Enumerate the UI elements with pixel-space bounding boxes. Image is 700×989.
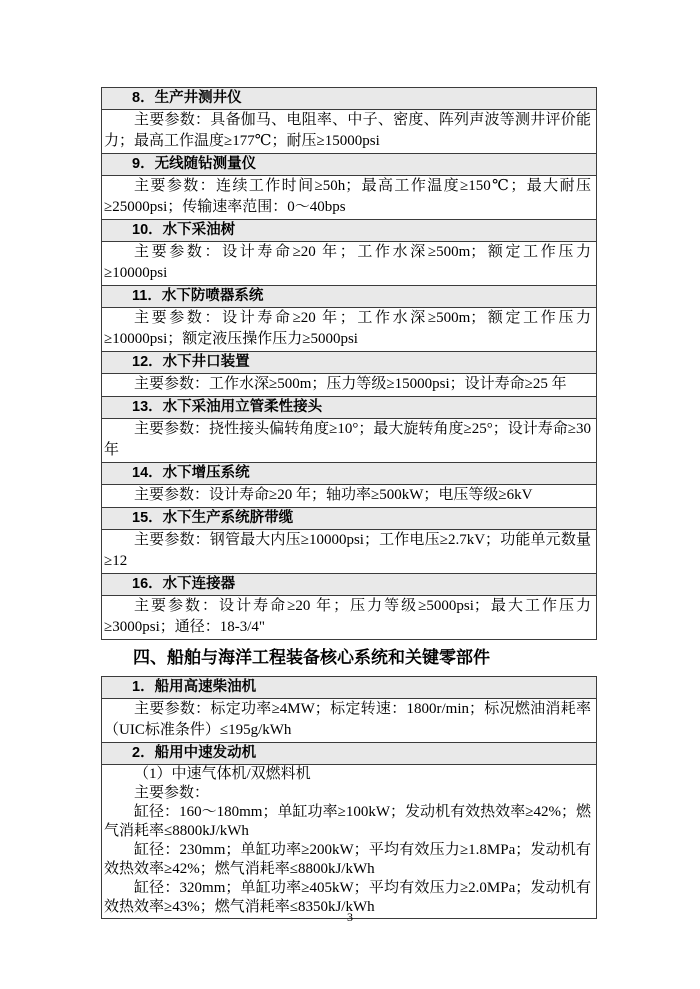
- param-paragraph: 主要参数：工作水深≥500m；压力等级≥15000psi；设计寿命≥25 年: [104, 374, 591, 395]
- item-title: 8．生产井测井仪: [102, 88, 597, 110]
- table-row: 主要参数：设计寿命≥20 年；工作水深≥500m；额定工作压力≥10000psi: [102, 242, 597, 286]
- param-paragraph: 主要参数：设计寿命≥20 年；轴功率≥500kW；电压等级≥6kV: [104, 485, 591, 506]
- table-row: 主要参数：设计寿命≥20 年；轴功率≥500kW；电压等级≥6kV: [102, 485, 597, 508]
- table-row: 2．船用中速发动机: [102, 743, 597, 765]
- item-params: 主要参数：连续工作时间≥50h；最高工作温度≥150℃；最大耐压≥25000ps…: [102, 176, 597, 220]
- table-row: 8．生产井测井仪: [102, 88, 597, 110]
- table-row: 主要参数：工作水深≥500m；压力等级≥15000psi；设计寿命≥25 年: [102, 374, 597, 397]
- table-row: （1）中速气体机/双燃料机 主要参数： 缸径：160～180mm；单缸功率≥10…: [102, 765, 597, 919]
- table-row: 16．水下连接器: [102, 574, 597, 596]
- item-params: 主要参数：具备伽马、电阻率、中子、密度、阵列声波等测井评价能力；最高工作温度≥1…: [102, 110, 597, 154]
- param-paragraph: 主要参数：挠性接头偏转角度≥10°；最大旋转角度≥25°；设计寿命≥30 年: [104, 419, 591, 461]
- item-params: 主要参数：设计寿命≥20 年；工作水深≥500m；额定工作压力≥10000psi…: [102, 308, 597, 352]
- table-row: 主要参数：设计寿命≥20 年；压力等级≥5000psi；最大工作压力≥3000p…: [102, 596, 597, 640]
- item-title: 2．船用中速发动机: [102, 743, 597, 765]
- item-params: 主要参数：标定功率≥4MW；标定转速：1800r/min；标况燃油消耗率（UIC…: [102, 699, 597, 743]
- page-content: 8．生产井测井仪 主要参数：具备伽马、电阻率、中子、密度、阵列声波等测井评价能力…: [101, 87, 597, 919]
- item-title: 11．水下防喷器系统: [102, 286, 597, 308]
- table-row: 14．水下增压系统: [102, 463, 597, 485]
- table-row: 主要参数：标定功率≥4MW；标定转速：1800r/min；标况燃油消耗率（UIC…: [102, 699, 597, 743]
- item-params: 主要参数：钢管最大内压≥10000psi；工作电压≥2.7kV；功能单元数量≥1…: [102, 530, 597, 574]
- table-row: 13．水下采油用立管柔性接头: [102, 397, 597, 419]
- table-row: 主要参数：具备伽马、电阻率、中子、密度、阵列声波等测井评价能力；最高工作温度≥1…: [102, 110, 597, 154]
- param-paragraph: 主要参数：: [104, 784, 591, 803]
- table-row: 主要参数：设计寿命≥20 年；工作水深≥500m；额定工作压力≥10000psi…: [102, 308, 597, 352]
- item-params: 主要参数：设计寿命≥20 年；压力等级≥5000psi；最大工作压力≥3000p…: [102, 596, 597, 640]
- item-title: 1．船用高速柴油机: [102, 677, 597, 699]
- param-paragraph: 缸径：160～180mm；单缸功率≥100kW；发动机有效热效率≥42%；燃气消…: [104, 803, 591, 841]
- item-params: （1）中速气体机/双燃料机 主要参数： 缸径：160～180mm；单缸功率≥10…: [102, 765, 597, 919]
- item-params: 主要参数：设计寿命≥20 年；工作水深≥500m；额定工作压力≥10000psi: [102, 242, 597, 286]
- item-params: 主要参数：设计寿命≥20 年；轴功率≥500kW；电压等级≥6kV: [102, 485, 597, 508]
- param-paragraph: （1）中速气体机/双燃料机: [104, 765, 591, 784]
- item-title: 14．水下增压系统: [102, 463, 597, 485]
- item-title: 13．水下采油用立管柔性接头: [102, 397, 597, 419]
- table-row: 15．水下生产系统脐带缆: [102, 508, 597, 530]
- table-row: 10．水下采油树: [102, 220, 597, 242]
- section-heading: 四、船舶与海洋工程装备核心系统和关键零部件: [101, 640, 597, 676]
- table-row: 主要参数：钢管最大内压≥10000psi；工作电压≥2.7kV；功能单元数量≥1…: [102, 530, 597, 574]
- param-paragraph: 主要参数：具备伽马、电阻率、中子、密度、阵列声波等测井评价能力；最高工作温度≥1…: [104, 110, 591, 152]
- equipment-spec-table: 8．生产井测井仪 主要参数：具备伽马、电阻率、中子、密度、阵列声波等测井评价能力…: [101, 87, 597, 640]
- param-paragraph: 主要参数：标定功率≥4MW；标定转速：1800r/min；标况燃油消耗率（UIC…: [104, 699, 591, 741]
- item-title: 10．水下采油树: [102, 220, 597, 242]
- item-params: 主要参数：挠性接头偏转角度≥10°；最大旋转角度≥25°；设计寿命≥30 年: [102, 419, 597, 463]
- table-row: 11．水下防喷器系统: [102, 286, 597, 308]
- item-title: 16．水下连接器: [102, 574, 597, 596]
- param-paragraph: 主要参数：钢管最大内压≥10000psi；工作电压≥2.7kV；功能单元数量≥1…: [104, 530, 591, 572]
- item-title: 15．水下生产系统脐带缆: [102, 508, 597, 530]
- param-paragraph: 主要参数：设计寿命≥20 年；工作水深≥500m；额定工作压力≥10000psi: [104, 242, 591, 284]
- document-page: 8．生产井测井仪 主要参数：具备伽马、电阻率、中子、密度、阵列声波等测井评价能力…: [0, 0, 700, 989]
- table-row: 9．无线随钻测量仪: [102, 154, 597, 176]
- item-title: 9．无线随钻测量仪: [102, 154, 597, 176]
- param-paragraph: 主要参数：设计寿命≥20 年；压力等级≥5000psi；最大工作压力≥3000p…: [104, 596, 591, 638]
- item-params: 主要参数：工作水深≥500m；压力等级≥15000psi；设计寿命≥25 年: [102, 374, 597, 397]
- table-row: 主要参数：挠性接头偏转角度≥10°；最大旋转角度≥25°；设计寿命≥30 年: [102, 419, 597, 463]
- marine-spec-table: 1．船用高速柴油机 主要参数：标定功率≥4MW；标定转速：1800r/min；标…: [101, 676, 597, 919]
- param-paragraph: 主要参数：连续工作时间≥50h；最高工作温度≥150℃；最大耐压≥25000ps…: [104, 176, 591, 218]
- item-title: 12．水下井口装置: [102, 352, 597, 374]
- param-paragraph: 缸径：230mm；单缸功率≥200kW；平均有效压力≥1.8MPa；发动机有效热…: [104, 841, 591, 879]
- table-row: 12．水下井口装置: [102, 352, 597, 374]
- table-row: 1．船用高速柴油机: [102, 677, 597, 699]
- param-paragraph: 主要参数：设计寿命≥20 年；工作水深≥500m；额定工作压力≥10000psi…: [104, 308, 591, 350]
- page-number: 3: [0, 910, 700, 925]
- table-row: 主要参数：连续工作时间≥50h；最高工作温度≥150℃；最大耐压≥25000ps…: [102, 176, 597, 220]
